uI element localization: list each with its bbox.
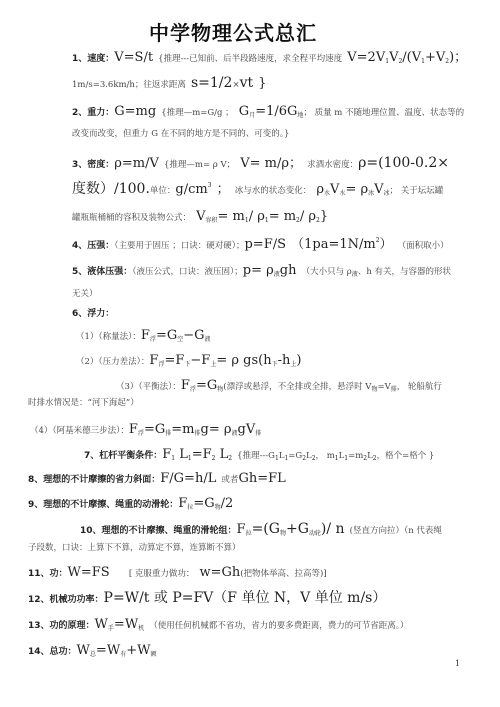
buoyancy-method-3: （3）（平衡法）：F浮=G物(漂浮或悬浮，不全排或全排，悬浮时 V物=V排， 轮… xyxy=(116,374,442,393)
formula-3-density: 3、密度：ρ=m/V {推理—m= ρ V； V= m/ρ； 求酒水密度：ρ=(… xyxy=(72,152,449,171)
buoyancy-method-4: （4）（阿基米德三步法）：F浮=G排=m排g= ρ液gV排 xyxy=(30,418,261,437)
formula-10-line2: 子段数，口诀：上算下不算，动算定不算，连算断不算） xyxy=(28,541,241,553)
page-number: 1 xyxy=(455,659,460,668)
item-label: 1、速度： xyxy=(72,54,114,64)
formula-1-speed: 1、速度：V=S/t {推理---已知前、后半段路速度，求全程平均速度 V=2V… xyxy=(72,46,467,65)
page-title: 中学物理公式总汇 xyxy=(149,17,317,46)
formula-1-line2: 1m/s=3.6km/h；往返求距离 s=1/2×vt } xyxy=(72,72,266,91)
formula-6-buoyancy-heading: 6、浮力： xyxy=(72,306,114,319)
formula-8-incline: 8、理想的不计摩擦的省力斜面：F/G=h/L 或者Gh=FL xyxy=(28,467,286,486)
formula-2-line2: 改变而改变，但重力 G 在不同的地方是不同的、可变的。} xyxy=(72,127,289,139)
buoyancy-method-3-line2: 时排水情况是：“河下海起”） xyxy=(28,396,139,408)
buoyancy-method-2: （2）（压力差法）：F浮=F下−F上= ρ gs(h下-h上) xyxy=(76,349,301,368)
formula-12-power: 12、机械功功率：P=W/t 或 P=FV（F 单位 N，V 单位 m/s） xyxy=(28,587,386,607)
formula-3-line2: 度数）/100.单位：g/cm3 ； 冰与水的状态变化： ρ水V水= ρ冰V冰；… xyxy=(72,178,443,198)
formula-7-lever: 7、杠杆平衡条件：F1 L1=F2 L2 {推理---G1L1=G2L2， m1… xyxy=(84,443,434,462)
formula-2-gravity: 2、重力：G=mg {推理—m=G/g ； G月=1/6G地； 质量 m 不随地… xyxy=(72,100,464,119)
formula-5-liquid-pressure: 5、液体压强：（液压公式，口诀：液压固）；p= ρ液gh （大小只与 ρ液、h … xyxy=(72,259,451,278)
formula-13-work-principle: 13、功的原理：W手=W机 （使用任何机械都不省功，省力的要多费距离，费力的可节… xyxy=(28,613,409,632)
formula-3-line3: 罐瓶瓶桶桶的容积及装物公式： V容积= m1/ ρ1= m2/ ρ2} xyxy=(72,205,328,224)
buoyancy-method-1: （1）（称量法）：F浮=G空−G液 xyxy=(76,324,211,343)
formula-11-work: 11、功：W=FS [ 克服重力做功： w=Gh(把物体举高、拉高等)] xyxy=(28,561,327,580)
formula-9-movable-pulley: 9、理想的不计摩擦、绳重的动滑轮：F拉=G物/2 xyxy=(28,492,233,511)
formula-10-pulley-block: 10、理想的不计摩擦、绳重的滑轮组：F拉=(G物+G动轮)/ n (竖直方向拉）… xyxy=(80,518,442,537)
formula-14-total-work: 14、总功：W总=W有+W额 xyxy=(28,639,156,658)
formula-4-pressure: 4、压强：（主要用于固压 ；口诀：硬对硬）；p=F/S （1pa=1N/m2） … xyxy=(72,233,449,252)
formula-5-line2: 无关） xyxy=(72,287,98,299)
